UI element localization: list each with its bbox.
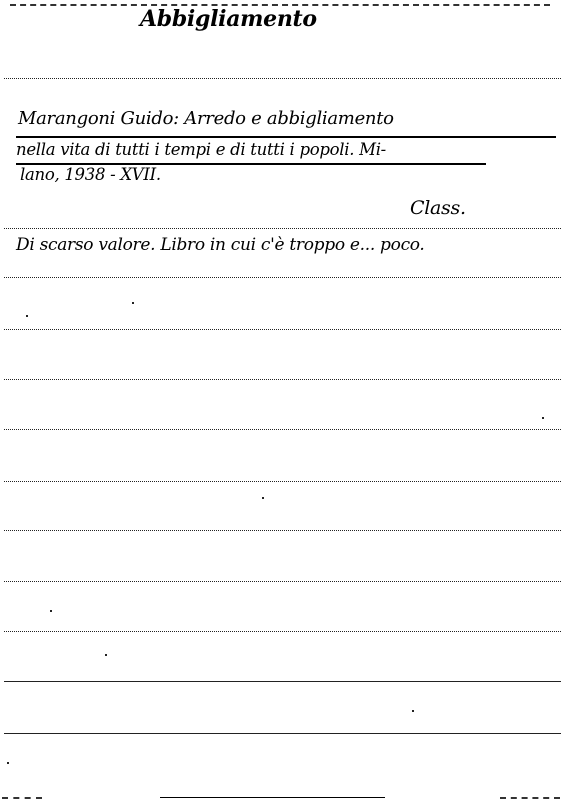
bottom-scan-edge-right (500, 797, 560, 799)
scan-speck (26, 315, 28, 317)
classification-label: Class. (410, 197, 466, 219)
ruled-line (4, 78, 561, 79)
scan-speck (105, 654, 107, 656)
ruled-line (4, 481, 561, 482)
ruled-line (4, 581, 561, 582)
assessment-note: Di scarso valore. Libro in cui c'è tropp… (16, 235, 425, 255)
index-card: Abbigliamento Marangoni Guido: Arredo e … (0, 0, 565, 800)
scan-speck (262, 497, 264, 499)
citation-underline-1 (16, 136, 556, 138)
bottom-scan-edge-left (2, 797, 42, 799)
card-heading: Abbigliamento (140, 6, 317, 32)
citation-line-3: lano, 1938 - XVII. (20, 165, 161, 184)
ruled-line (4, 733, 561, 734)
bottom-scan-edge-mid (160, 797, 385, 798)
ruled-line (4, 429, 561, 430)
scan-speck (412, 710, 414, 712)
scan-speck (132, 302, 134, 304)
ruled-line (4, 228, 561, 229)
ruled-line (4, 530, 561, 531)
ruled-line (4, 631, 561, 632)
scan-speck (7, 762, 9, 764)
ruled-line (4, 681, 561, 682)
citation-line-1: Marangoni Guido: Arredo e abbigliamento (18, 108, 394, 129)
ruled-line (4, 379, 561, 380)
scan-speck (542, 417, 544, 419)
ruled-line (4, 329, 561, 330)
scan-speck (50, 610, 52, 612)
ruled-line (4, 277, 561, 278)
citation-line-2: nella vita di tutti i tempi e di tutti i… (16, 140, 386, 159)
